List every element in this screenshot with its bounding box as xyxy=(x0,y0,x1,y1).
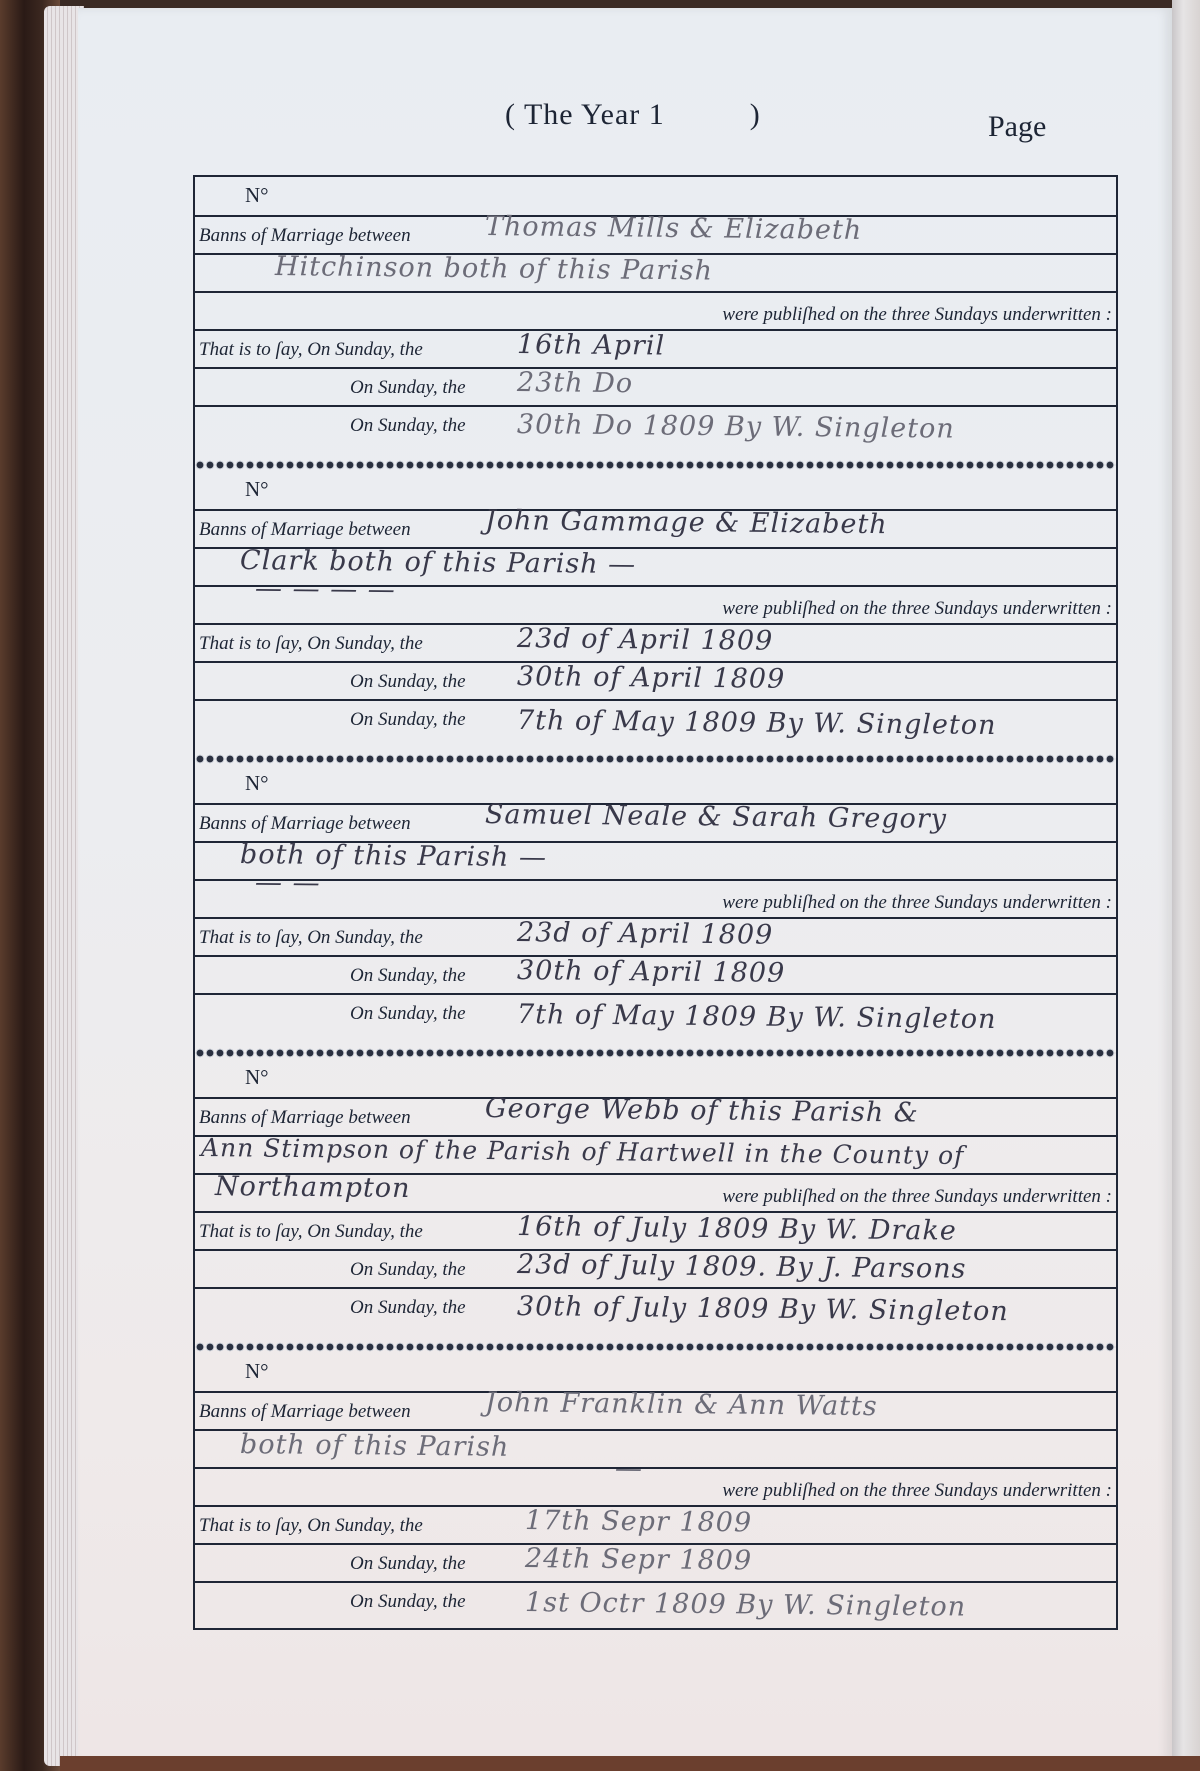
published-label: were publiſhed on the three Sundays unde… xyxy=(722,598,1112,620)
first-sunday-label: That is to ſay, On Sunday, the xyxy=(199,1515,423,1537)
names-line-3: — — — — xyxy=(255,573,396,605)
sunday-3-date: 7th of May 1809 By W. Singleton xyxy=(517,705,997,741)
names-line-1: John Gammage & Elizabeth xyxy=(485,505,888,540)
banns-between-label: Banns of Marriage between xyxy=(199,1401,411,1423)
sunday-2-date: 24th Sepr 1809 xyxy=(525,1543,752,1576)
first-sunday-label: That is to ſay, On Sunday, the xyxy=(199,1221,423,1243)
entry-number-label: N° xyxy=(245,771,269,796)
facing-page-edge xyxy=(1172,0,1200,1771)
entry-number-label: N° xyxy=(245,477,269,502)
page-heading: Page xyxy=(988,110,1046,144)
entry-number-label: N° xyxy=(245,1359,269,1384)
sunday-1-date: 16th April xyxy=(517,329,665,362)
published-label: were publiſhed on the three Sundays unde… xyxy=(722,1186,1112,1208)
names-line-1: George Webb of this Parish & xyxy=(485,1093,919,1129)
first-sunday-label: That is to ſay, On Sunday, the xyxy=(199,633,423,655)
banns-entry: N° Banns of Marriage between John Gammag… xyxy=(195,471,1116,765)
second-sunday-label: On Sunday, the xyxy=(350,671,466,693)
sunday-3-date: 30th Do 1809 By W. Singleton xyxy=(517,409,955,445)
banns-entry: N° Banns of Marriage between Thomas Mill… xyxy=(195,177,1116,471)
banns-between-label: Banns of Marriage between xyxy=(199,813,411,835)
first-sunday-label: That is to ſay, On Sunday, the xyxy=(199,339,423,361)
names-line-1: Thomas Mills & Elizabeth xyxy=(485,211,863,246)
third-sunday-label: On Sunday, the xyxy=(350,1591,466,1613)
names-line-3: Northampton xyxy=(215,1171,411,1204)
book-cover-bottom xyxy=(60,1756,1200,1771)
sunday-3-date: 30th of July 1809 By W. Singleton xyxy=(517,1291,1009,1327)
names-line-3: — xyxy=(615,1453,643,1484)
third-sunday-label: On Sunday, the xyxy=(350,1297,466,1319)
decorative-separator xyxy=(195,1341,1116,1353)
names-line-2: Hitchinson both of this Parish xyxy=(275,251,713,287)
banns-entry: N° Banns of Marriage between Samuel Neal… xyxy=(195,765,1116,1059)
banns-entry: N° Banns of Marriage between John Frankl… xyxy=(195,1353,1116,1638)
third-sunday-label: On Sunday, the xyxy=(350,709,466,731)
entry-number-label: N° xyxy=(245,1065,269,1090)
second-sunday-label: On Sunday, the xyxy=(350,1259,466,1281)
sunday-2-date: 23th Do xyxy=(517,367,633,399)
names-line-2: Ann Stimpson of the Parish of Hartwell i… xyxy=(201,1133,965,1170)
published-label: were publiſhed on the three Sundays unde… xyxy=(722,1480,1112,1502)
first-sunday-label: That is to ſay, On Sunday, the xyxy=(199,927,423,949)
names-line-3: — — xyxy=(255,867,321,899)
second-sunday-label: On Sunday, the xyxy=(350,1553,466,1575)
third-sunday-label: On Sunday, the xyxy=(350,1003,466,1025)
year-heading: ( The Year 1 ) xyxy=(505,98,761,132)
sunday-2-date: 23d of July 1809. By J. Parsons xyxy=(517,1249,967,1285)
entry-number-label: N° xyxy=(245,183,269,208)
sunday-2-date: 30th of April 1809 xyxy=(517,661,786,695)
sunday-1-date: 17th Sepr 1809 xyxy=(525,1505,752,1538)
names-line-1: John Franklin & Ann Watts xyxy=(485,1387,878,1422)
decorative-separator xyxy=(195,459,1116,471)
sunday-3-date: 1st Octr 1809 By W. Singleton xyxy=(525,1587,966,1623)
sunday-1-date: 23d of April 1809 xyxy=(517,917,774,951)
third-sunday-label: On Sunday, the xyxy=(350,415,466,437)
banns-between-label: Banns of Marriage between xyxy=(199,1107,411,1129)
decorative-separator xyxy=(195,753,1116,765)
published-label: were publiſhed on the three Sundays unde… xyxy=(722,304,1112,326)
banns-register-table: N° Banns of Marriage between Thomas Mill… xyxy=(193,175,1118,1630)
sunday-1-date: 16th of July 1809 By W. Drake xyxy=(517,1211,957,1247)
published-label: were publiſhed on the three Sundays unde… xyxy=(722,892,1112,914)
banns-between-label: Banns of Marriage between xyxy=(199,225,411,247)
names-line-2: both of this Parish xyxy=(240,1429,510,1463)
second-sunday-label: On Sunday, the xyxy=(350,965,466,987)
names-line-1: Samuel Neale & Sarah Gregory xyxy=(485,799,947,835)
second-sunday-label: On Sunday, the xyxy=(350,377,466,399)
banns-between-label: Banns of Marriage between xyxy=(199,519,411,541)
sunday-3-date: 7th of May 1809 By W. Singleton xyxy=(517,999,997,1035)
sunday-1-date: 23d of April 1809 xyxy=(517,623,774,657)
sunday-2-date: 30th of April 1809 xyxy=(517,955,786,989)
banns-entry: N° Banns of Marriage between George Webb… xyxy=(195,1059,1116,1353)
decorative-separator xyxy=(195,1047,1116,1059)
